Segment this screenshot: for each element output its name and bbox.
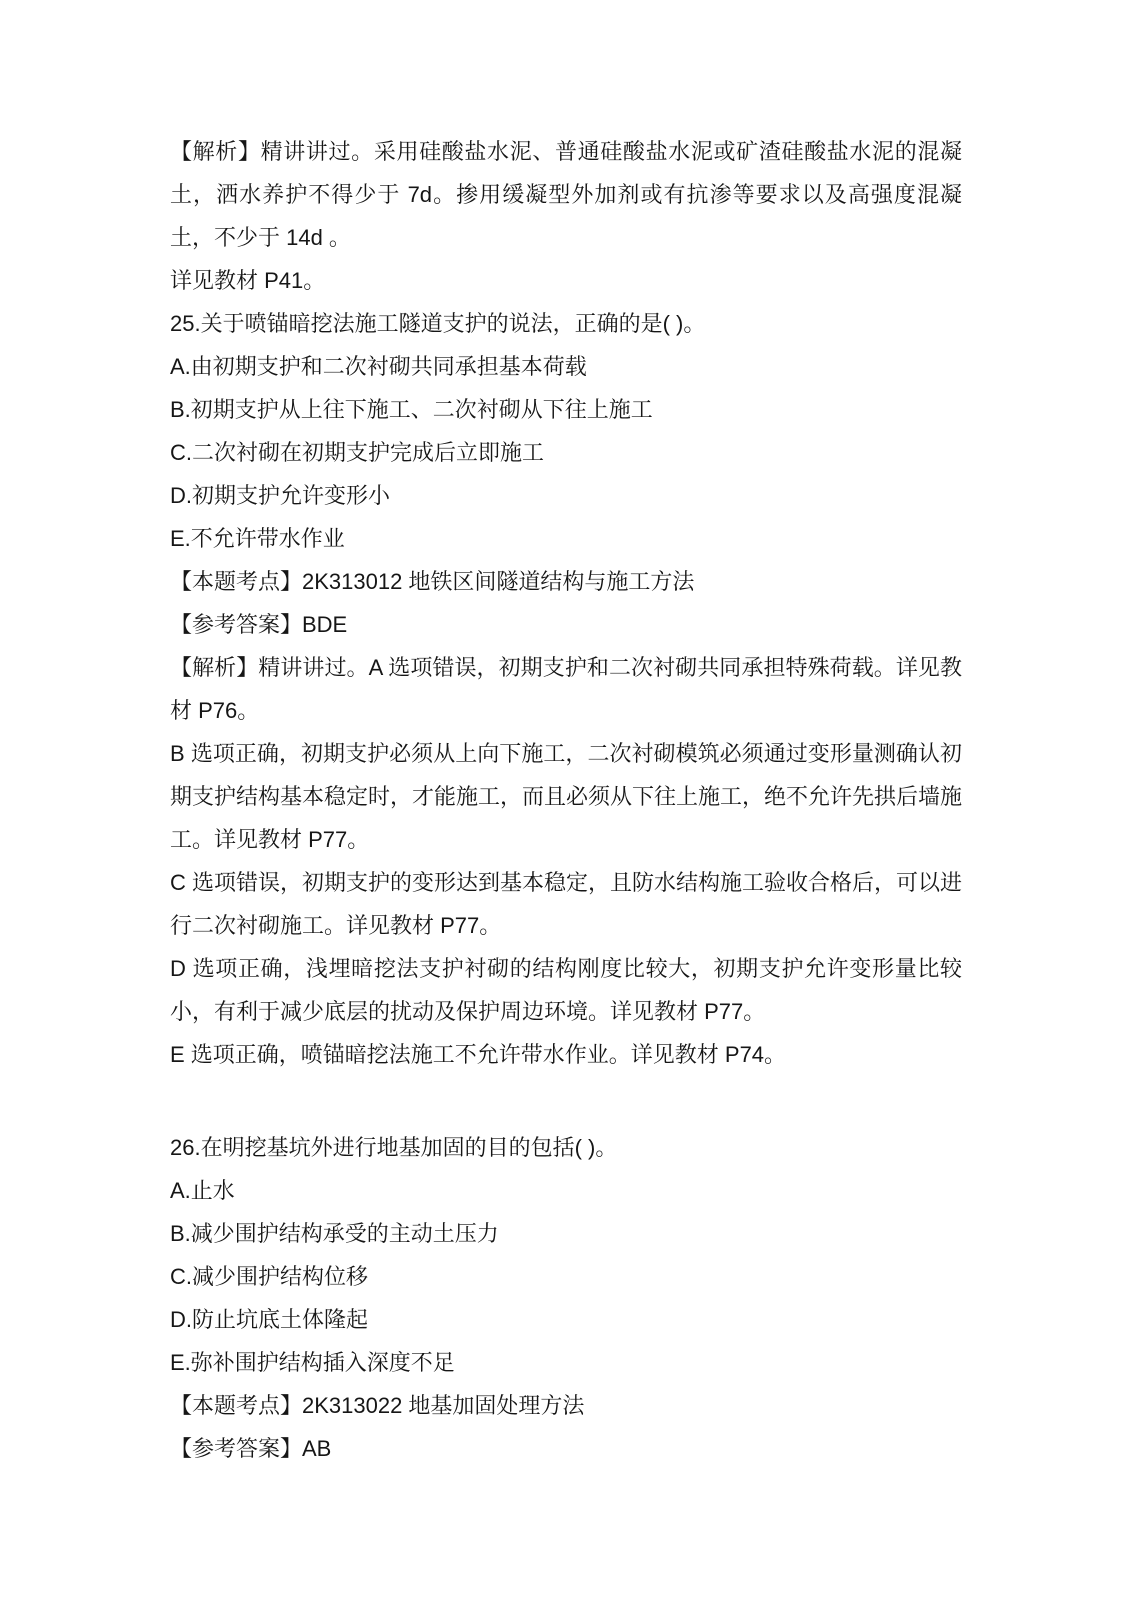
question-25-answer: 【参考答案】BDE [170,603,962,646]
question-25-analysis-d: D 选项正确，浅埋暗挖法支护衬砌的结构刚度比较大，初期支护允许变形量比较小，有利… [170,947,962,1033]
question-25-analysis-c: C 选项错误，初期支护的变形达到基本稳定，且防水结构施工验收合格后，可以进行二次… [170,861,962,947]
question-25-key-point: 【本题考点】2K313012 地铁区间隧道结构与施工方法 [170,560,962,603]
question-25-option-b: B.初期支护从上往下施工、二次衬砌从下往上施工 [170,388,962,431]
question-26-option-e: E.弥补围护结构插入深度不足 [170,1341,962,1384]
question-25-analysis-e: E 选项正确，喷锚暗挖法施工不允许带水作业。详见教材 P74。 [170,1033,962,1076]
question-25-option-a: A.由初期支护和二次衬砌共同承担基本荷载 [170,345,962,388]
question-25-analysis-b: B 选项正确，初期支护必须从上向下施工，二次衬砌模筑必须通过变形量测确认初期支护… [170,732,962,861]
question-25-stem: 25.关于喷锚暗挖法施工隧道支护的说法，正确的是( )。 [170,302,962,345]
question-26-option-c: C.减少围护结构位移 [170,1255,962,1298]
question-26-option-b: B.减少围护结构承受的主动土压力 [170,1212,962,1255]
question-26-answer: 【参考答案】AB [170,1427,962,1470]
question-25-option-e: E.不允许带水作业 [170,517,962,560]
prev-reference-paragraph: 详见教材 P41。 [170,259,962,302]
question-26-option-d: D.防止坑底土体隆起 [170,1298,962,1341]
question-26-key-point: 【本题考点】2K313022 地基加固处理方法 [170,1384,962,1427]
document-content: 【解析】精讲讲过。采用硅酸盐水泥、普通硅酸盐水泥或矿渣硅酸盐水泥的混凝土，洒水养… [170,130,962,1470]
question-26-option-a: A.止水 [170,1169,962,1212]
question-25-analysis-a: 【解析】精讲讲过。A 选项错误，初期支护和二次衬砌共同承担特殊荷载。详见教材 P… [170,646,962,732]
question-25-option-d: D.初期支护允许变形小 [170,474,962,517]
question-25-option-c: C.二次衬砌在初期支护完成后立即施工 [170,431,962,474]
prev-analysis-paragraph: 【解析】精讲讲过。采用硅酸盐水泥、普通硅酸盐水泥或矿渣硅酸盐水泥的混凝土，洒水养… [170,130,962,259]
question-26-stem: 26.在明挖基坑外进行地基加固的目的包括( )。 [170,1126,962,1169]
document-page: 【解析】精讲讲过。采用硅酸盐水泥、普通硅酸盐水泥或矿渣硅酸盐水泥的混凝土，洒水养… [0,0,1131,1600]
